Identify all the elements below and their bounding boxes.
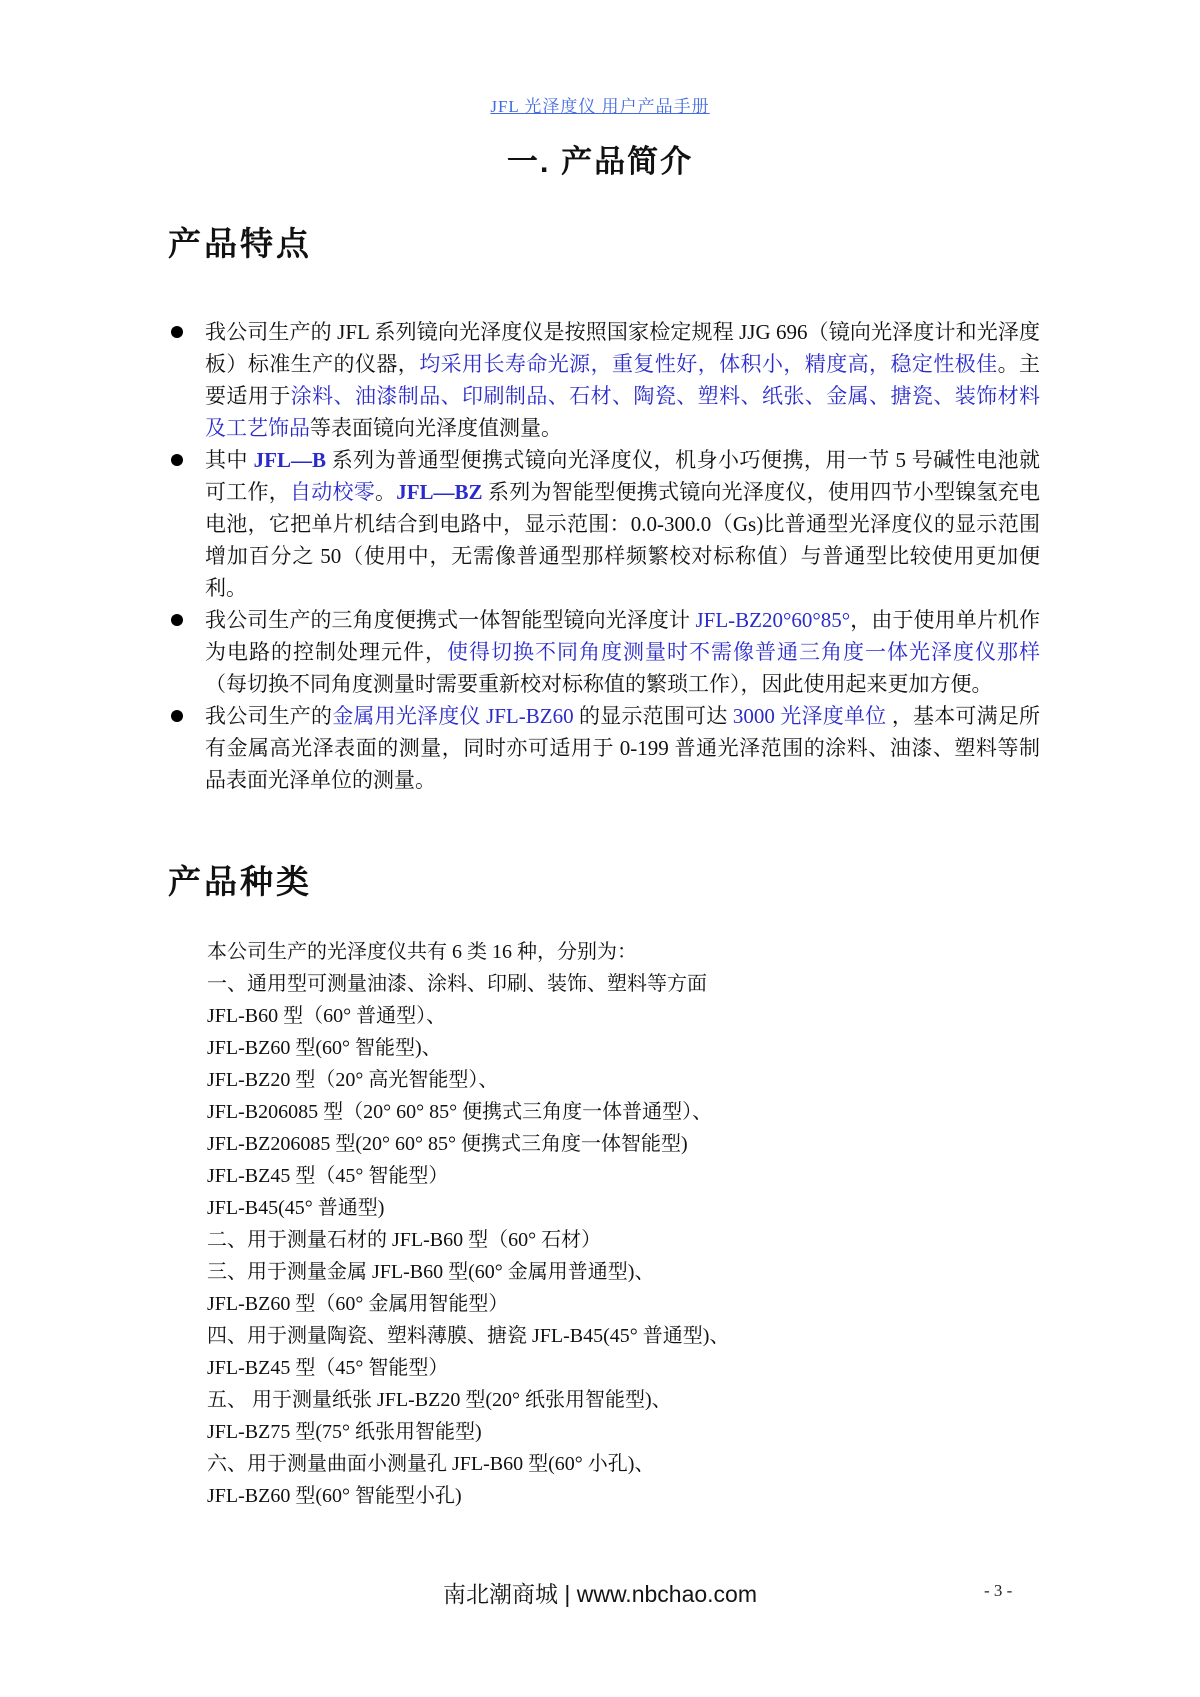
bullet-text-segment: 自动校零 — [290, 480, 375, 504]
bullet-text-segment: 3000 光泽度单位 — [733, 704, 886, 728]
product-type-list: 本公司生产的光泽度仪共有 6 类 16 种，分别为：一、通用型可测量油漆、涂料、… — [207, 936, 1052, 1512]
product-type-line: 一、通用型可测量油漆、涂料、印刷、装饰、塑料等方面 — [207, 968, 1052, 1000]
footer-site-link[interactable]: 南北潮商城 | www.nbchao.com — [0, 1576, 1200, 1609]
bullet-dot-icon — [171, 454, 183, 466]
bullet-text-segment: JFL—B — [254, 448, 326, 472]
bullet-text-segment: 其中 — [205, 448, 254, 472]
page-number: - 3 - — [984, 1581, 1012, 1601]
product-type-line: 五、 用于测量纸张 JFL-BZ20 型(20° 纸张用智能型)、 — [207, 1384, 1052, 1416]
header-doc-link[interactable]: JFL 光泽度仪 用户产品手册 — [0, 92, 1200, 117]
bullet-text-segment: 。 — [375, 480, 396, 504]
product-type-line: JFL-BZ20 型（20° 高光智能型）、 — [207, 1064, 1052, 1096]
bullet-text-segment: （每切换不同角度测量时需要重新校对标称值的繁琐工作），因此使用起来更加方便。 — [205, 672, 993, 696]
bullet-text-segment: JFL—BZ — [396, 480, 482, 504]
bullet-text-segment: 等表面镜向光泽度值测量。 — [310, 416, 562, 440]
page-title: 一. 产品简介 — [0, 136, 1200, 181]
product-type-line: 四、用于测量陶瓷、塑料薄膜、搪瓷 JFL-B45(45° 普通型)、 — [207, 1320, 1052, 1352]
bullet-text-segment: JFL-BZ20°60°85° — [695, 608, 850, 632]
document-page: JFL 光泽度仪 用户产品手册 一. 产品简介 产品特点 我公司生产的 JFL … — [0, 0, 1200, 1697]
product-type-line: JFL-BZ60 型(60° 智能型小孔) — [207, 1480, 1052, 1512]
feature-bullet: 我公司生产的三角度便携式一体智能型镜向光泽度计 JFL-BZ20°60°85°，… — [168, 604, 1040, 700]
product-type-line: JFL-B206085 型（20° 60° 85° 便携式三角度一体普通型）、 — [207, 1096, 1052, 1128]
product-type-line: 三、用于测量金属 JFL-B60 型(60° 金属用普通型)、 — [207, 1256, 1052, 1288]
section-heading-features: 产品特点 — [168, 218, 312, 265]
feature-bullet: 其中 JFL—B 系列为普通型便携式镜向光泽度仪，机身小巧便携，用一节 5 号碱… — [168, 444, 1040, 604]
feature-bullet: 我公司生产的金属用光泽度仪 JFL-BZ60 的显示范围可达 3000 光泽度单… — [168, 700, 1040, 796]
bullet-dot-icon — [171, 326, 183, 338]
bullet-dot-icon — [171, 710, 183, 722]
bullet-text-segment: 使得切换不同角度测量时不需像普通三角度一体光泽度仪那样 — [447, 640, 1040, 664]
section-heading-types: 产品种类 — [168, 856, 312, 903]
product-type-line: JFL-B60 型（60° 普通型）、 — [207, 1000, 1052, 1032]
product-type-line: JFL-BZ60 型（60° 金属用智能型） — [207, 1288, 1052, 1320]
bullet-text-segment: 我公司生产的三角度便携式一体智能型镜向光泽度计 — [205, 608, 695, 632]
product-type-line: JFL-BZ206085 型(20° 60° 85° 便携式三角度一体智能型) — [207, 1128, 1052, 1160]
product-type-line: JFL-BZ75 型(75° 纸张用智能型) — [207, 1416, 1052, 1448]
product-type-line: 本公司生产的光泽度仪共有 6 类 16 种，分别为： — [207, 936, 1052, 968]
bullet-text-segment: 金属用光泽度仪 JFL-BZ60 — [332, 704, 573, 728]
feature-bullet-list: 我公司生产的 JFL 系列镜向光泽度仪是按照国家检定规程 JJG 696（镜向光… — [168, 316, 1040, 796]
product-type-line: 六、用于测量曲面小测量孔 JFL-B60 型(60° 小孔)、 — [207, 1448, 1052, 1480]
product-type-line: JFL-BZ45 型（45° 智能型） — [207, 1160, 1052, 1192]
bullet-text-segment: 的显示范围可达 — [574, 704, 733, 728]
product-type-line: JFL-BZ45 型（45° 智能型） — [207, 1352, 1052, 1384]
feature-bullet: 我公司生产的 JFL 系列镜向光泽度仪是按照国家检定规程 JJG 696（镜向光… — [168, 316, 1040, 444]
bullet-text-segment: 我公司生产的 — [205, 704, 332, 728]
bullet-dot-icon — [171, 614, 183, 626]
product-type-line: JFL-BZ60 型(60° 智能型)、 — [207, 1032, 1052, 1064]
product-type-line: JFL-B45(45° 普通型) — [207, 1192, 1052, 1224]
product-type-line: 二、用于测量石材的 JFL-B60 型（60° 石材） — [207, 1224, 1052, 1256]
bullet-text-segment: 均采用长寿命光源，重复性好，体积小，精度高，稳定性极佳 — [419, 352, 997, 376]
